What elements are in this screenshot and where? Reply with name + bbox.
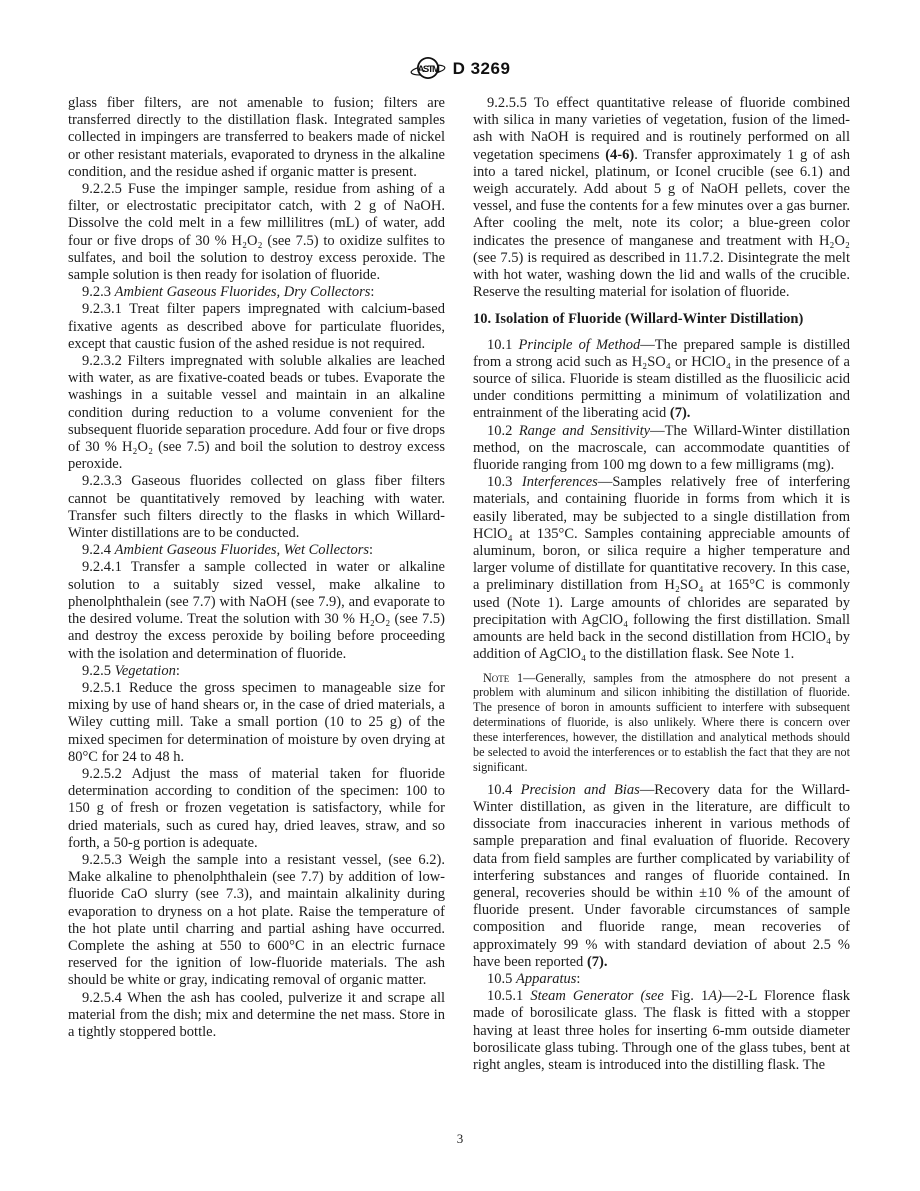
paragraph: 9.2.5.3 Weigh the sample into a resistan… xyxy=(68,852,445,990)
text-run: : xyxy=(369,542,373,558)
text-run: : xyxy=(370,284,374,300)
text-run: Apparatus xyxy=(516,971,576,987)
text-run: 10.5 xyxy=(487,971,516,987)
text-run: 10. Isolation of Fluoride (Willard-Winte… xyxy=(473,311,803,327)
text-run: 9.2.4.1 Transfer a sample collected in w… xyxy=(68,559,445,661)
text-run: 9.2.5.1 Reduce the gross specimen to man… xyxy=(68,680,445,765)
paragraph: 9.2.5.4 When the ash has cooled, pulveri… xyxy=(68,990,445,1042)
paragraph: glass fiber filters, are not amenable to… xyxy=(68,95,445,181)
text-run: Note 1 xyxy=(483,671,523,685)
text-run: Ambient Gaseous Fluorides, Dry Collector… xyxy=(115,284,371,300)
text-run: 10.2 xyxy=(487,423,519,439)
paragraph: 10.5.1 Steam Generator (see Fig. 1A)—2-L… xyxy=(473,988,850,1074)
text-run: Interferences xyxy=(522,474,598,490)
right-column: 9.2.5.5 To effect quantitative release o… xyxy=(473,95,850,1074)
paragraph: 10.3 Interferences—Samples relatively fr… xyxy=(473,474,850,663)
astm-logo-icon: ASTM xyxy=(410,54,446,84)
text-run: (4-6) xyxy=(605,147,634,163)
svg-text:ASTM: ASTM xyxy=(417,64,440,75)
text-run: —Samples relatively free of interfering … xyxy=(473,474,850,662)
text-run: . Transfer approximately 1 g of ash into… xyxy=(473,147,850,301)
paragraph: 9.2.5.5 To effect quantitative release o… xyxy=(473,95,850,301)
text-run: 10.3 xyxy=(487,474,522,490)
text-run: (7). xyxy=(670,405,691,421)
paragraph: 9.2.4.1 Transfer a sample collected in w… xyxy=(68,559,445,662)
text-run: 9.2.3 xyxy=(82,284,115,300)
text-run: 9.2.5 xyxy=(82,663,115,679)
paragraph: 9.2.3.2 Filters impregnated with soluble… xyxy=(68,353,445,473)
doc-number: D 3269 xyxy=(453,59,511,79)
text-run: glass fiber filters, are not amenable to… xyxy=(68,95,445,180)
text-run: Vegetation xyxy=(115,663,176,679)
paragraph: 9.2.5.2 Adjust the mass of material take… xyxy=(68,766,445,852)
text-run: 10.1 xyxy=(487,337,519,353)
text-run: 9.2.3.1 Treat filter papers impregnated … xyxy=(68,301,445,351)
section-heading: 10. Isolation of Fluoride (Willard-Winte… xyxy=(473,311,850,328)
text-run: 9.2.5.4 When the ash has cooled, pulveri… xyxy=(68,990,445,1040)
text-run: 9.2.4 xyxy=(82,542,115,558)
text-run: 10.5.1 xyxy=(487,988,530,1004)
text-run: 9.2.3.2 Filters impregnated with soluble… xyxy=(68,353,445,472)
paragraph: 9.2.3.1 Treat filter papers impregnated … xyxy=(68,301,445,353)
page-header: ASTM D 3269 xyxy=(0,54,920,84)
text-run: 9.2.3.3 Gaseous fluorides collected on g… xyxy=(68,473,445,541)
paragraph: 9.2.4 Ambient Gaseous Fluorides, Wet Col… xyxy=(68,542,445,559)
text-run: —Generally, samples from the atmosphere … xyxy=(473,671,850,774)
text-run: A) xyxy=(708,988,722,1004)
paragraph: 9.2.3.3 Gaseous fluorides collected on g… xyxy=(68,473,445,542)
paragraph: 10.4 Precision and Bias—Recovery data fo… xyxy=(473,782,850,971)
paragraph: 9.2.5.1 Reduce the gross specimen to man… xyxy=(68,680,445,766)
text-run: 10.4 xyxy=(487,782,521,798)
document-page: ASTM D 3269 glass fiber filters, are not… xyxy=(0,0,920,1191)
text-columns: glass fiber filters, are not amenable to… xyxy=(68,95,850,1074)
left-column: glass fiber filters, are not amenable to… xyxy=(68,95,445,1074)
paragraph: 9.2.5 Vegetation: xyxy=(68,663,445,680)
page-footer: 3 xyxy=(0,1131,920,1147)
text-run: : xyxy=(176,663,180,679)
text-run: Ambient Gaseous Fluorides, Wet Collector… xyxy=(115,542,369,558)
text-run: Fig. 1 xyxy=(664,988,708,1004)
text-run: Principle of Method xyxy=(519,337,641,353)
text-run: 9.2.2.5 Fuse the impinger sample, residu… xyxy=(68,181,445,283)
page-number: 3 xyxy=(457,1131,464,1146)
paragraph: 10.1 Principle of Method—The prepared sa… xyxy=(473,337,850,423)
paragraph: 9.2.3 Ambient Gaseous Fluorides, Dry Col… xyxy=(68,284,445,301)
note-paragraph: Note 1—Generally, samples from the atmos… xyxy=(473,671,850,775)
text-run: 9.2.5.3 Weigh the sample into a resistan… xyxy=(68,852,445,988)
paragraph: 10.2 Range and Sensitivity—The Willard-W… xyxy=(473,423,850,475)
text-run: Steam Generator (see xyxy=(530,988,663,1004)
text-run: : xyxy=(576,971,580,987)
paragraph: 10.5 Apparatus: xyxy=(473,971,850,988)
text-run: 9.2.5.2 Adjust the mass of material take… xyxy=(68,766,445,851)
text-run: Precision and Bias xyxy=(521,782,640,798)
text-run: (7). xyxy=(587,954,608,970)
paragraph: 9.2.2.5 Fuse the impinger sample, residu… xyxy=(68,181,445,284)
text-run: Range and Sensitivity xyxy=(519,423,650,439)
text-run: —Recovery data for the Willard-Winter di… xyxy=(473,782,850,970)
